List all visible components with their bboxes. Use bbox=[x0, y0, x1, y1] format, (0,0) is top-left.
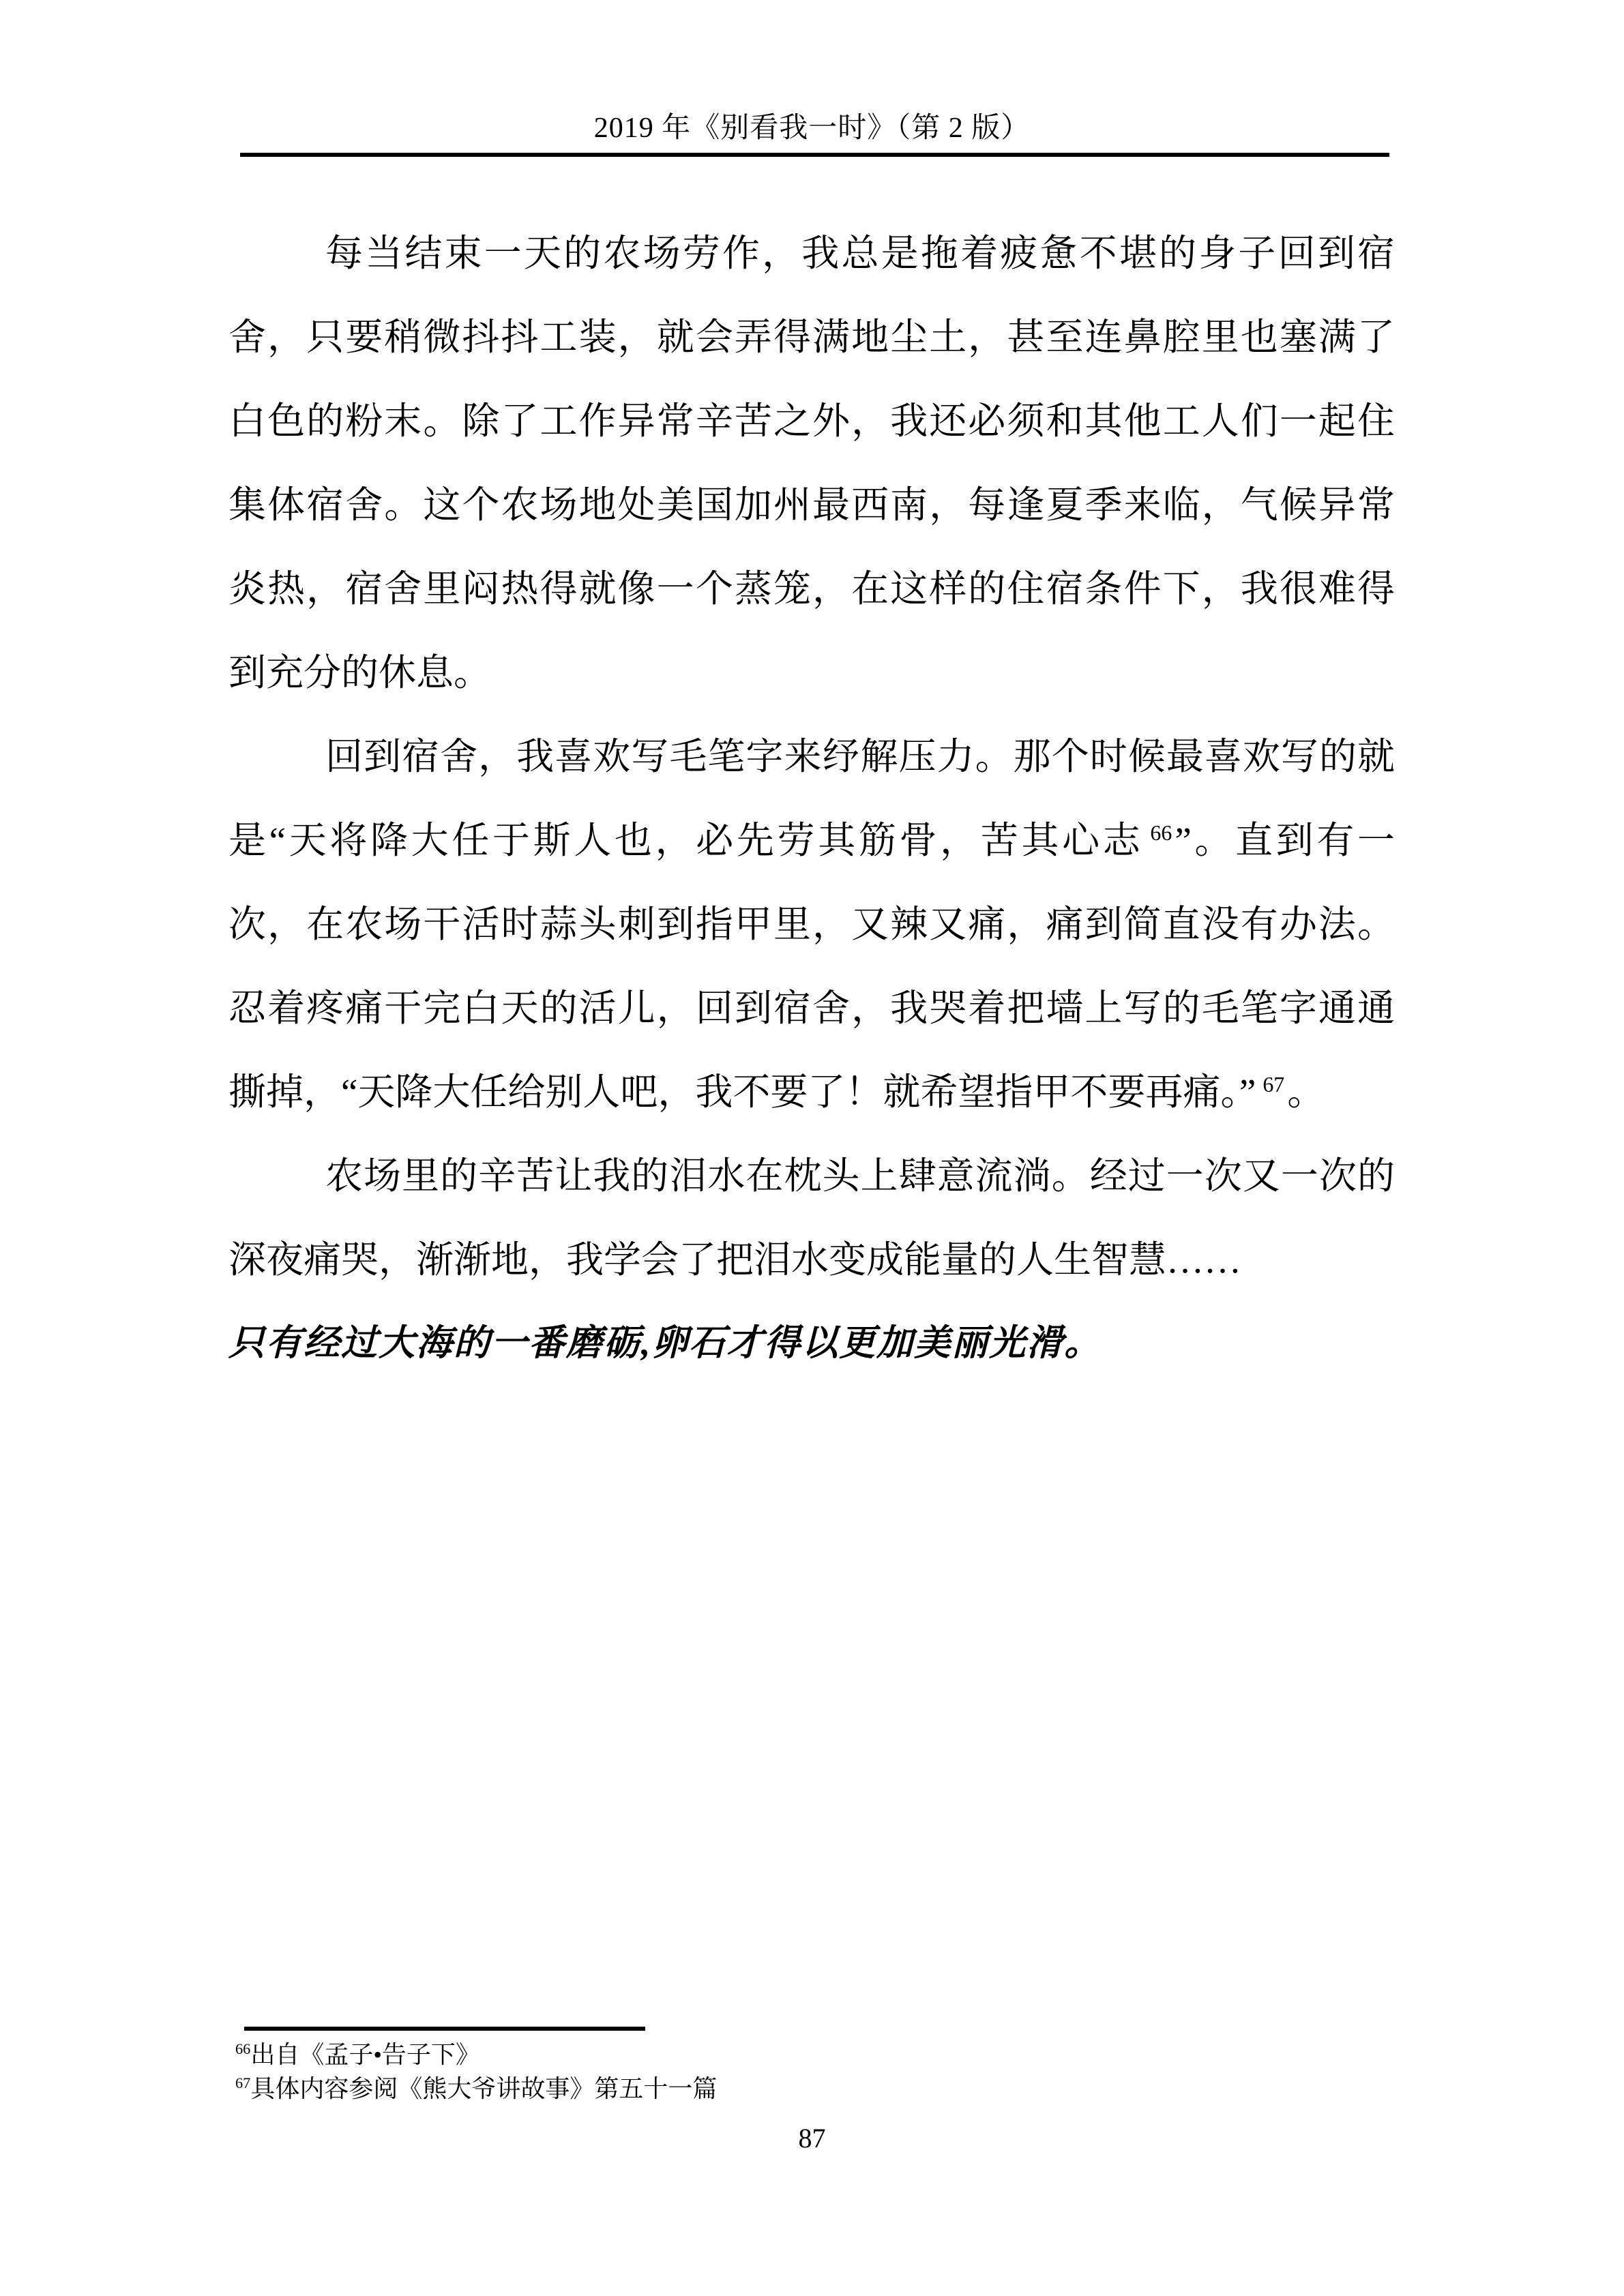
text-line-content: 次，在农场干活时蒜头刺到指甲里，又辣又痛，痛到简直没有办法。 bbox=[228, 904, 1395, 945]
text-line-content: 回到宿舍，我喜欢写毛笔字来纾解压力。那个时候最喜欢写的就 bbox=[325, 736, 1395, 777]
text-line: 深夜痛哭，渐渐地，我学会了把泪水变成能量的人生智慧…… bbox=[228, 1218, 1395, 1302]
text-line: 撕掉，“天降大任给别人吧，我不要了！就希望指甲不要再痛。”67。 bbox=[228, 1050, 1395, 1134]
page-header-title: 2019 年《别看我一时》（第 2 版） bbox=[0, 111, 1624, 145]
text-line: 炎热，宿舍里闷热得就像一个蒸笼，在这样的住宿条件下，我很难得 bbox=[228, 547, 1395, 631]
footnote-marker-66: 66 bbox=[235, 2040, 250, 2057]
text-line-content: 舍，只要稍微抖抖工装，就会弄得满地尘土，甚至连鼻腔里也塞满了 bbox=[228, 316, 1395, 358]
footnote-item: 67具体内容参阅《熊大爷讲故事》第五十一篇 bbox=[235, 2072, 1395, 2106]
text-line-content: 忍着疼痛干完白天的活儿，回到宿舍，我哭着把墙上写的毛笔字通通 bbox=[228, 987, 1395, 1029]
text-line-content: 撕掉，“天降大任给别人吧，我不要了！就希望指甲不要再痛。” bbox=[228, 1071, 1256, 1113]
footnote-item: 66出自《孟子•告子下》 bbox=[235, 2038, 1395, 2072]
footnote-text: 具体内容参阅《熊大爷讲故事》第五十一篇 bbox=[250, 2075, 717, 2102]
highlight-quote: 只有经过大海的一番磨砺,卵石才得以更加美丽光滑。 bbox=[228, 1302, 1395, 1386]
text-line-content: 到充分的休息。 bbox=[228, 652, 491, 694]
footnote-separator bbox=[244, 2027, 645, 2031]
text-line: 白色的粉末。除了工作异常辛苦之外，我还必须和其他工人们一起住 bbox=[228, 379, 1395, 463]
text-line-content: 集体宿舍。这个农场地处美国加州最西南，每逢夏季来临，气候异常 bbox=[228, 484, 1395, 526]
header-rule bbox=[240, 153, 1389, 157]
text-line: 舍，只要稍微抖抖工装，就会弄得满地尘土，甚至连鼻腔里也塞满了 bbox=[228, 295, 1395, 379]
text-line: 到充分的休息。 bbox=[228, 631, 1395, 715]
text-line-content: 每当结束一天的农场劳作，我总是拖着疲惫不堪的身子回到宿 bbox=[325, 233, 1395, 274]
text-line: 是“天将降大任于斯人也，必先劳其筋骨，苦其心志66”。直到有一 bbox=[228, 799, 1395, 882]
text-line-content: ”。直到有一 bbox=[1175, 820, 1395, 861]
text-line: 集体宿舍。这个农场地处美国加州最西南，每逢夏季来临，气候异常 bbox=[228, 463, 1395, 547]
footnote-marker-67: 67 bbox=[235, 2074, 250, 2091]
text-line: 回到宿舍，我喜欢写毛笔字来纾解压力。那个时候最喜欢写的就 bbox=[228, 715, 1395, 799]
page-number: 87 bbox=[0, 2122, 1624, 2155]
text-line-content: 。 bbox=[1287, 1071, 1325, 1113]
text-line-content: 白色的粉末。除了工作异常辛苦之外，我还必须和其他工人们一起住 bbox=[228, 400, 1395, 442]
body-text: 每当结束一天的农场劳作，我总是拖着疲惫不堪的身子回到宿 舍，只要稍微抖抖工装，就… bbox=[228, 211, 1395, 1386]
footnotes: 66出自《孟子•告子下》 67具体内容参阅《熊大爷讲故事》第五十一篇 bbox=[235, 2038, 1395, 2106]
document-page: 2019 年《别看我一时》（第 2 版） 每当结束一天的农场劳作，我总是拖着疲惫… bbox=[0, 0, 1624, 2296]
text-line-content: 是“天将降大任于斯人也，必先劳其筋骨，苦其心志 bbox=[228, 820, 1143, 861]
text-line-content: 农场里的辛苦让我的泪水在枕头上肆意流淌。经过一次又一次的 bbox=[325, 1155, 1395, 1197]
text-line-content: 深夜痛哭，渐渐地，我学会了把泪水变成能量的人生智慧…… bbox=[228, 1239, 1241, 1281]
text-line: 每当结束一天的农场劳作，我总是拖着疲惫不堪的身子回到宿 bbox=[228, 211, 1395, 295]
text-line: 农场里的辛苦让我的泪水在枕头上肆意流淌。经过一次又一次的 bbox=[228, 1134, 1395, 1218]
footnote-ref-66: 66 bbox=[1150, 821, 1172, 845]
text-line: 忍着疼痛干完白天的活儿，回到宿舍，我哭着把墙上写的毛笔字通通 bbox=[228, 966, 1395, 1050]
footnote-text: 出自《孟子•告子下》 bbox=[250, 2041, 480, 2068]
footnote-ref-67: 67 bbox=[1263, 1073, 1284, 1097]
text-line-content: 炎热，宿舍里闷热得就像一个蒸笼，在这样的住宿条件下，我很难得 bbox=[228, 568, 1395, 610]
text-line: 次，在农场干活时蒜头刺到指甲里，又辣又痛，痛到简直没有办法。 bbox=[228, 882, 1395, 966]
